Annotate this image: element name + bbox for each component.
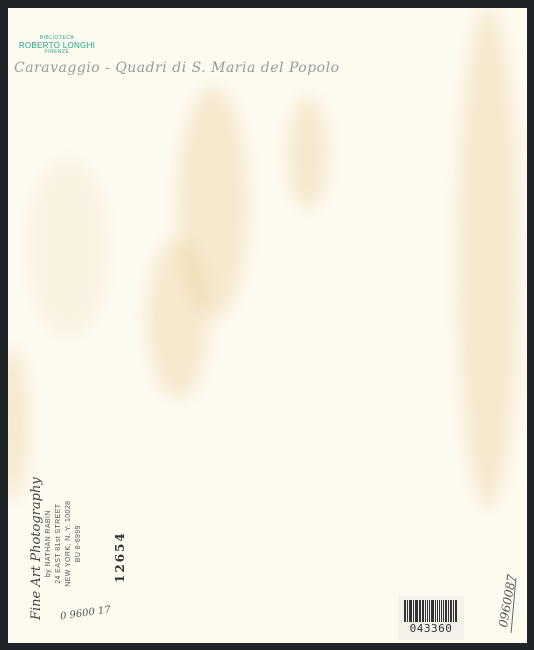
barcode-number: 043360 — [398, 622, 464, 635]
barcode-label: 043360 — [398, 596, 464, 640]
water-stain — [148, 238, 208, 398]
photographer-stamp-line: 24 EAST 81st STREET — [54, 477, 64, 620]
photo-back-paper: BIBLIOTECA ROBERTO LONGHI FIRENZE Carava… — [8, 8, 527, 643]
handwritten-title: Caravaggio - Quadri di S. Maria del Popo… — [14, 60, 340, 76]
photographer-stamp: Fine Art Photography by NATHAN RABIN 24 … — [30, 477, 84, 620]
library-stamp: BIBLIOTECA ROBERTO LONGHI FIRENZE — [18, 36, 96, 56]
water-stain — [458, 8, 518, 508]
photographer-stamp-line: by NATHAN RABIN — [44, 477, 54, 620]
water-stain — [28, 158, 108, 338]
photographer-stamp-line: NEW YORK, N. Y. 10028 — [64, 477, 74, 620]
water-stain — [288, 98, 328, 208]
photographer-stamp-line: BU 8-6999 — [74, 477, 84, 620]
photographer-stamp-script: Fine Art Photography — [30, 477, 44, 620]
water-stain — [8, 348, 28, 498]
library-stamp-line3: FIRENZE — [18, 50, 96, 56]
reference-number: 12654 — [113, 531, 127, 583]
barcode-icon — [404, 600, 458, 622]
